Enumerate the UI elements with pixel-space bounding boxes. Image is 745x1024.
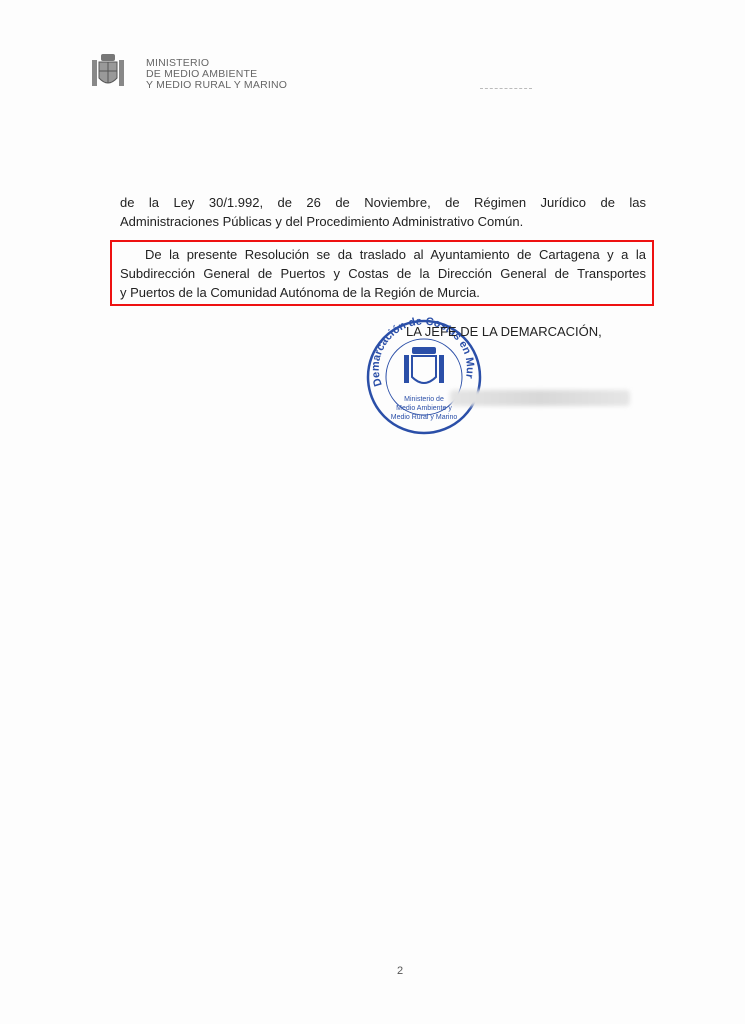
text-line: De la presente Resolución se da traslado…: [145, 247, 646, 262]
document-page: MINISTERIO DE MEDIO AMBIENTE Y MEDIO RUR…: [0, 0, 745, 1024]
header-mark: [480, 88, 532, 90]
signatory-title: LA JEFE DE LA DEMARCACIÓN,: [406, 324, 602, 339]
svg-text:Medio Rural y Marino: Medio Rural y Marino: [391, 414, 458, 421]
page-number: 2: [397, 965, 403, 977]
text-line: Administraciones Públicas y del Procedim…: [120, 212, 646, 231]
text-line: Subdirección General de Puertos y Costas…: [120, 264, 646, 283]
redacted-signatory-name: [450, 390, 630, 406]
spain-coat-of-arms-icon: [90, 52, 126, 90]
ministry-line: Y MEDIO RURAL Y MARINO: [146, 80, 287, 91]
text-line: de la Ley 30/1.992, de 26 de Noviembre, …: [120, 193, 646, 212]
paragraph-law-reference: de la Ley 30/1.992, de 26 de Noviembre, …: [120, 193, 646, 231]
text-line: y Puertos de la Comunidad Autónoma de la…: [120, 283, 646, 302]
paragraph-resolution-transfer: De la presente Resolución se da traslado…: [120, 245, 646, 302]
ministry-header: MINISTERIO DE MEDIO AMBIENTE Y MEDIO RUR…: [146, 58, 287, 91]
svg-text:Medio Ambiente y: Medio Ambiente y: [396, 405, 452, 412]
svg-text:Ministerio de: Ministerio de: [404, 396, 444, 403]
